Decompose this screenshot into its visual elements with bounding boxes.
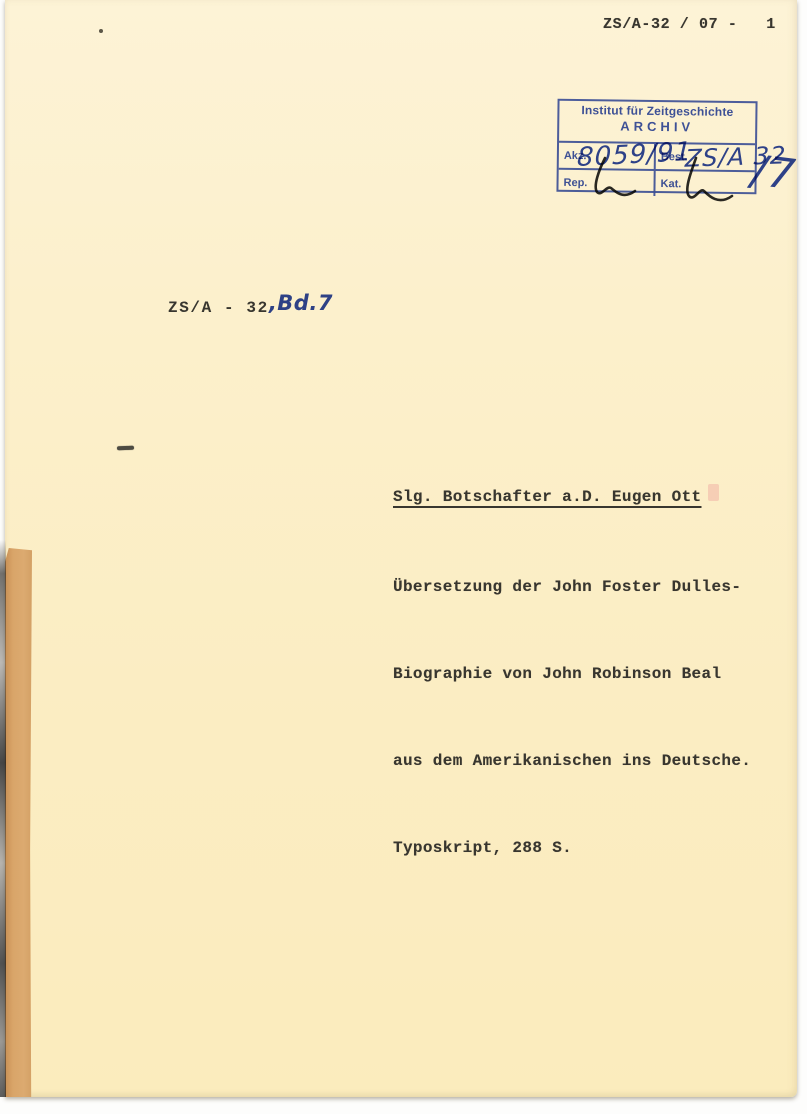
rep-signature-squiggle bbox=[588, 156, 646, 200]
dash-mark-artifact bbox=[117, 446, 134, 451]
document-description: Slg. Botschafter a.D. Eugen Ott Übersetz… bbox=[393, 425, 751, 921]
description-line: Typoskript, 288 S. bbox=[393, 834, 751, 863]
binding-tape-strip bbox=[5, 548, 32, 1097]
scanned-document-page: ZS/A-32 / 07 - 1 Institut für Zeitgeschi… bbox=[0, 0, 807, 1114]
collection-title: Slg. Botschafter a.D. Eugen Ott bbox=[393, 483, 751, 512]
handwritten-volume-annotation: /7 bbox=[749, 145, 800, 199]
page-reference-header: ZS/A-32 / 07 - 1 bbox=[603, 16, 776, 33]
stamp-archive-label: ARCHIV bbox=[559, 118, 755, 135]
stamp-institution-name: Institut für Zeitgeschichte bbox=[559, 103, 755, 119]
rep-label: Rep. bbox=[563, 177, 587, 189]
description-line: Biographie von John Robinson Beal bbox=[393, 660, 751, 689]
description-line: Übersetzung der John Foster Dulles- bbox=[393, 573, 751, 602]
kat-label: Kat. bbox=[660, 178, 681, 190]
file-reference-handwritten: ,Bd.7 bbox=[269, 291, 333, 315]
file-reference: ZS/A - 32,Bd.7 bbox=[168, 293, 333, 317]
kat-signature-squiggle bbox=[680, 156, 742, 206]
file-reference-typed: ZS/A - 32 bbox=[168, 299, 269, 317]
description-line: aus dem Amerikanischen ins Deutsche. bbox=[393, 747, 751, 776]
page-edge-shadow bbox=[0, 540, 6, 1097]
ink-dot-artifact bbox=[99, 29, 103, 33]
